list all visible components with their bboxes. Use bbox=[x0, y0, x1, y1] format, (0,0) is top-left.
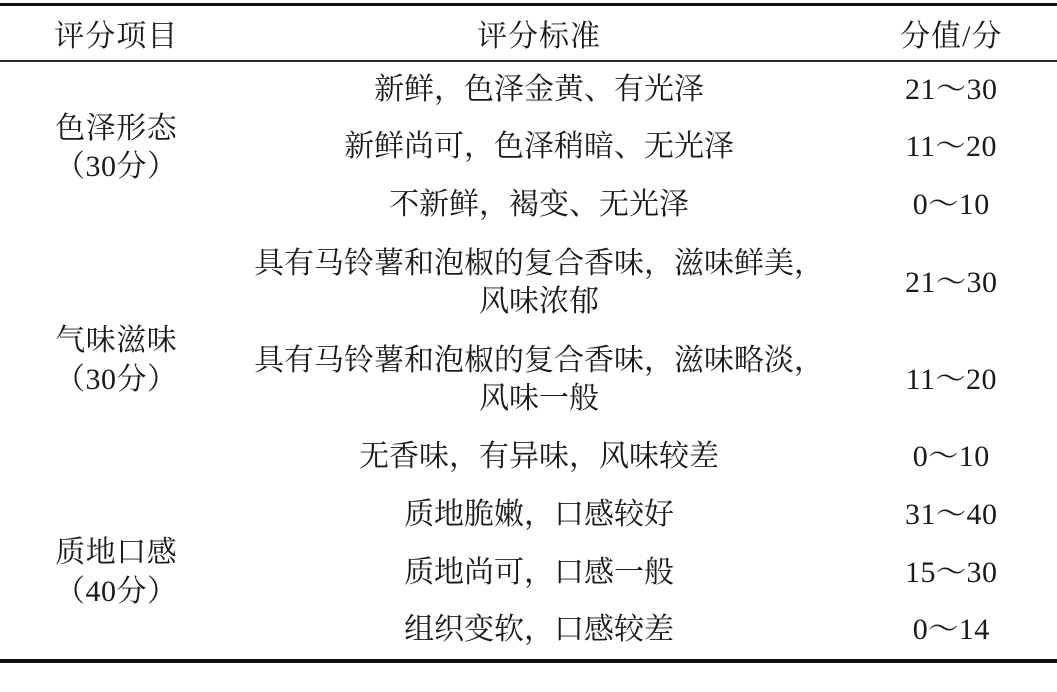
col-header-score: 分值/分 bbox=[846, 5, 1057, 61]
table-row: 气味滋味 （30分）具有马铃薯和泡椒的复合香味，滋味鲜美， 风味浓郁21～30 bbox=[0, 235, 1057, 332]
table-row: 色泽形态 （30分）新鲜，色泽金黄、有光泽21～30 bbox=[0, 61, 1057, 119]
criteria-cell: 质地尚可，口感一般 bbox=[233, 545, 846, 603]
criteria-cell: 不新鲜，褐变、无光泽 bbox=[233, 177, 846, 235]
score-cell: 21～30 bbox=[846, 61, 1057, 119]
criteria-cell: 新鲜尚可，色泽稍暗、无光泽 bbox=[233, 119, 846, 177]
header-row: 评分项目 评分标准 分值/分 bbox=[0, 5, 1057, 61]
item-group-cell: 质地口感 （40分） bbox=[0, 487, 233, 661]
table-row: 质地口感 （40分）质地脆嫩，口感较好31～40 bbox=[0, 487, 1057, 545]
score-cell: 0～10 bbox=[846, 429, 1057, 487]
score-cell: 31～40 bbox=[846, 487, 1057, 545]
score-cell: 0～10 bbox=[846, 177, 1057, 235]
score-cell: 15～30 bbox=[846, 545, 1057, 603]
scoring-table: 评分项目 评分标准 分值/分 色泽形态 （30分）新鲜，色泽金黄、有光泽21～3… bbox=[0, 3, 1057, 663]
col-header-item: 评分项目 bbox=[0, 5, 233, 61]
item-group-cell: 气味滋味 （30分） bbox=[0, 235, 233, 487]
criteria-cell: 质地脆嫩，口感较好 bbox=[233, 487, 846, 545]
item-group-cell: 色泽形态 （30分） bbox=[0, 61, 233, 235]
table-container: 评分项目 评分标准 分值/分 色泽形态 （30分）新鲜，色泽金黄、有光泽21～3… bbox=[0, 0, 1057, 663]
score-cell: 0～14 bbox=[846, 603, 1057, 661]
score-cell: 11～20 bbox=[846, 119, 1057, 177]
score-cell: 21～30 bbox=[846, 235, 1057, 332]
criteria-cell: 组织变软，口感较差 bbox=[233, 603, 846, 661]
criteria-cell: 具有马铃薯和泡椒的复合香味，滋味鲜美， 风味浓郁 bbox=[233, 235, 846, 332]
table-body: 色泽形态 （30分）新鲜，色泽金黄、有光泽21～30新鲜尚可，色泽稍暗、无光泽1… bbox=[0, 61, 1057, 661]
criteria-cell: 具有马铃薯和泡椒的复合香味，滋味略淡， 风味一般 bbox=[233, 332, 846, 429]
col-header-criteria: 评分标准 bbox=[233, 5, 846, 61]
score-cell: 11～20 bbox=[846, 332, 1057, 429]
criteria-cell: 无香味，有异味，风味较差 bbox=[233, 429, 846, 487]
criteria-cell: 新鲜，色泽金黄、有光泽 bbox=[233, 61, 846, 119]
